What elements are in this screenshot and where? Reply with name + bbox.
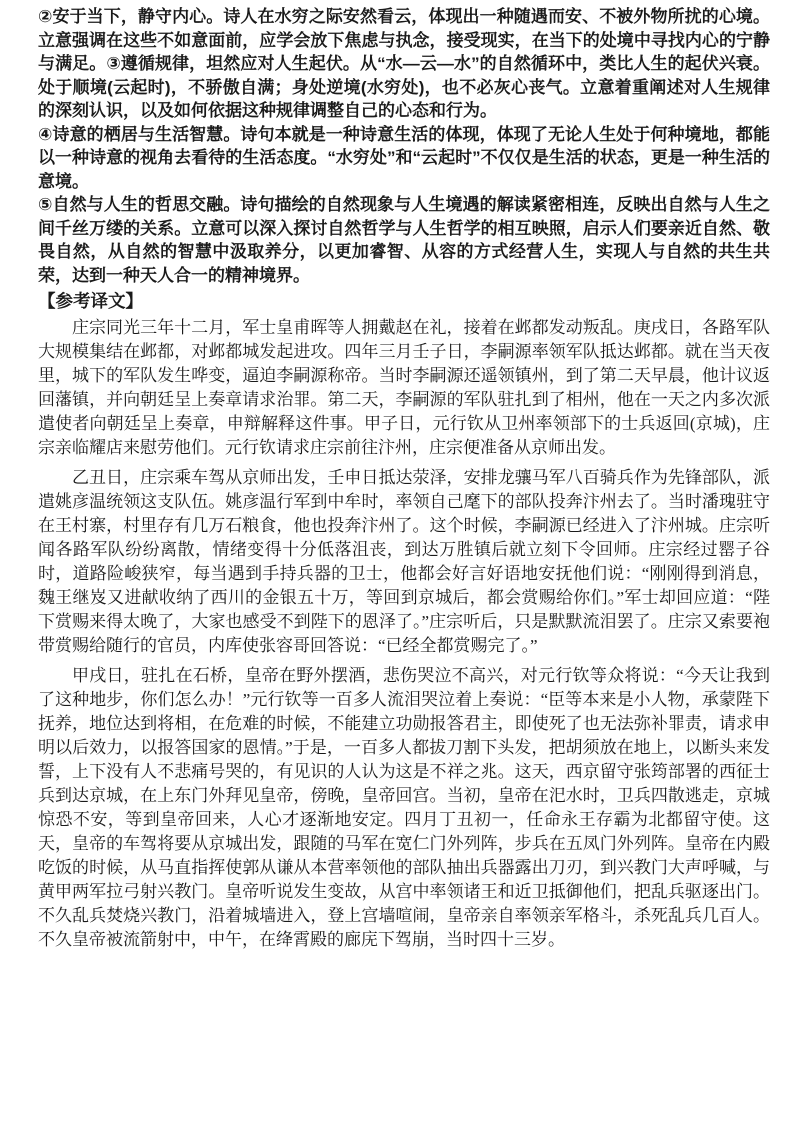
document-page: ②安于当下，静守内心。诗人在水穷之际安然看云，体现出一种随遇而安、不被外物所扰的… — [0, 0, 800, 1121]
analysis-paragraph-2-3: ②安于当下，静守内心。诗人在水穷之际安然看云，体现出一种随遇而安、不被外物所扰的… — [38, 5, 770, 123]
translation-paragraph-1: 庄宗同光三年十二月，军士皇甫晖等人拥戴赵在礼，接着在邺都发动叛乱。庚戌日，各路军… — [38, 316, 770, 460]
reference-translation-section: 庄宗同光三年十二月，军士皇甫晖等人拥戴赵在礼，接着在邺都发动叛乱。庚戌日，各路军… — [38, 316, 770, 952]
analysis-section: ②安于当下，静守内心。诗人在水穷之际安然看云，体现出一种随遇而安、不被外物所扰的… — [38, 5, 770, 287]
analysis-paragraph-5: ⑤自然与人生的哲思交融。诗句描绘的自然现象与人生境遇的解读紧密相连，反映出自然与… — [38, 193, 770, 287]
reference-translation-heading: 【参考译文】 — [38, 289, 770, 313]
translation-paragraph-2: 乙丑日，庄宗乘车驾从京师出发，壬申日抵达荥泽，安排龙骧马军八百骑兵作为先锋部队，… — [38, 466, 770, 658]
analysis-paragraph-4: ④诗意的栖居与生活智慧。诗句本就是一种诗意生活的体现，体现了无论人生处于何种境地… — [38, 123, 770, 194]
translation-paragraph-3: 甲戌日，驻扎在石桥，皇帝在野外摆酒，悲伤哭泣不高兴，对元行钦等众将说：“今天让我… — [38, 664, 770, 952]
